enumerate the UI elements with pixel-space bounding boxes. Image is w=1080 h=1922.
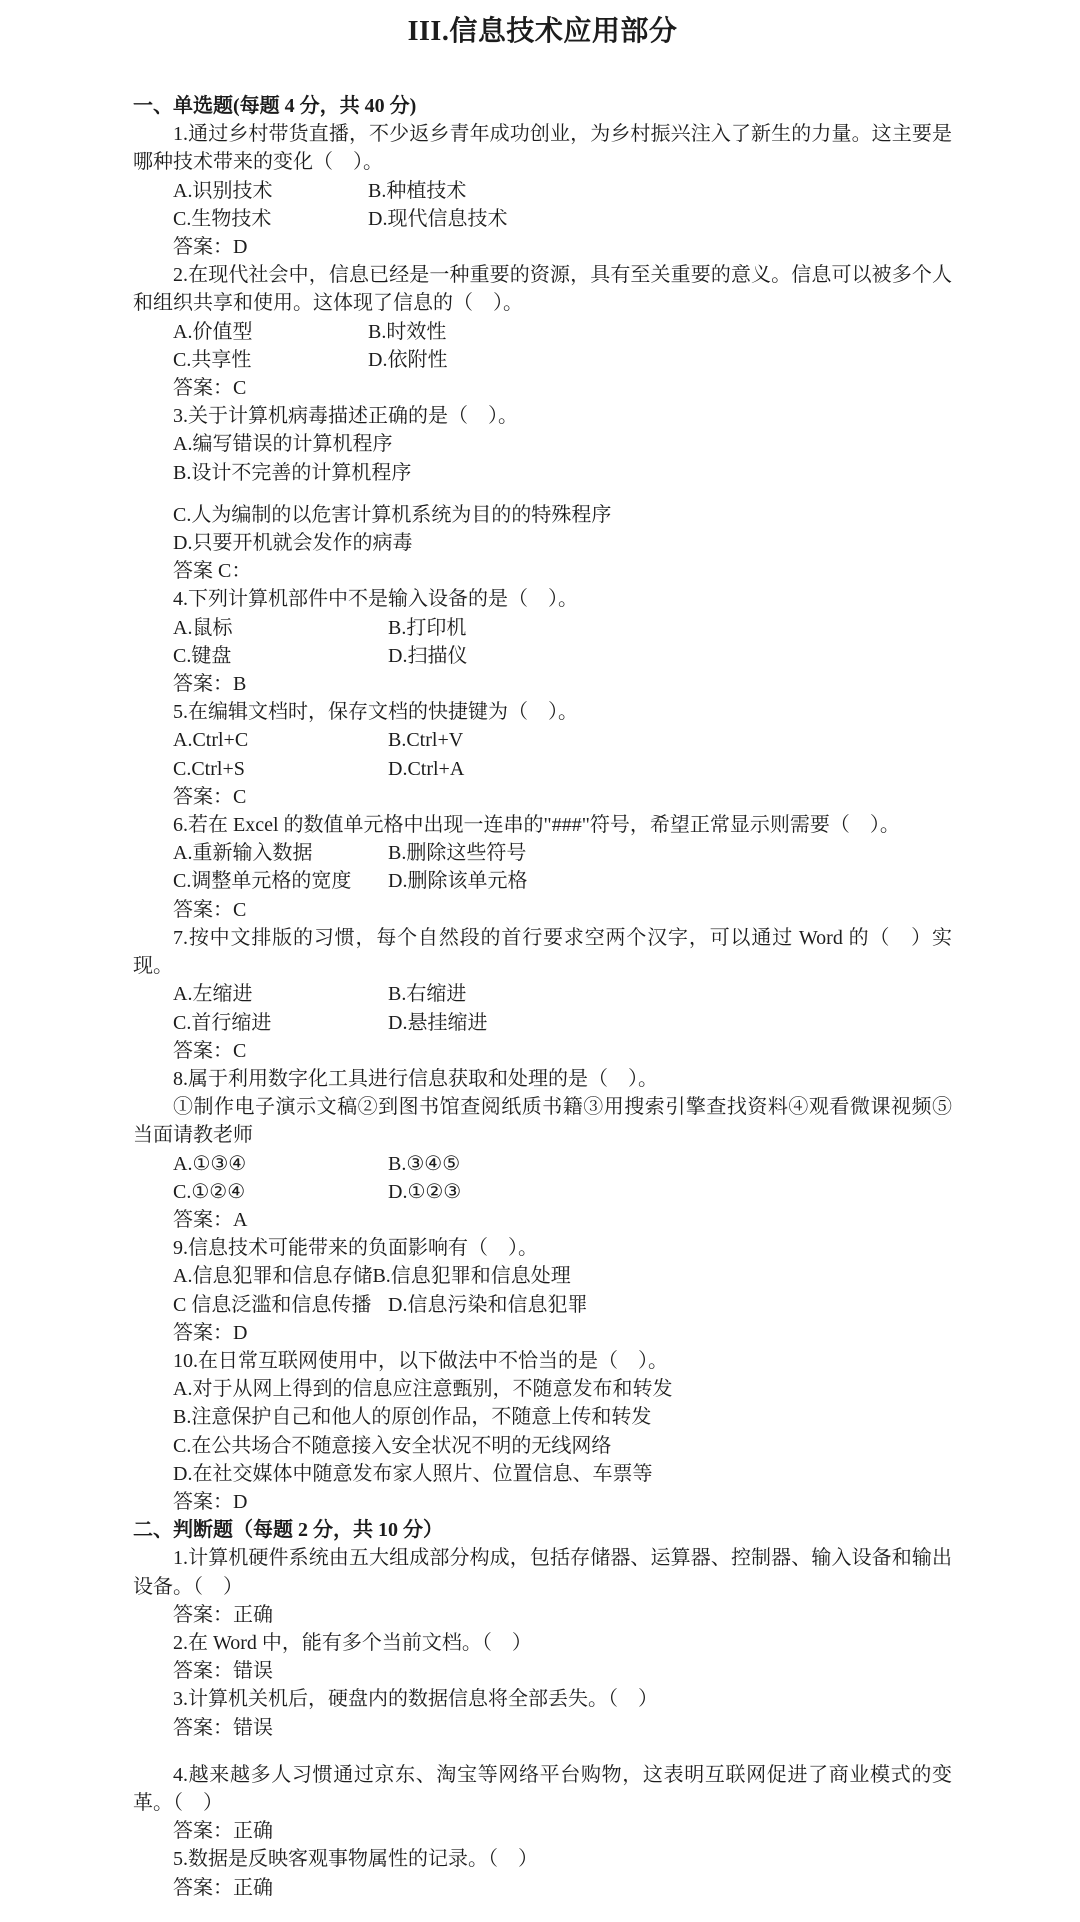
option-row: C.首行缩进D.悬挂缩进 bbox=[133, 1009, 952, 1037]
option-cell: A.信息犯罪和信息存储 bbox=[173, 1262, 372, 1290]
blank-line bbox=[133, 1742, 952, 1761]
question-stem: 4.越来越多人习惯通过京东、淘宝等网络平台购物，这表明互联网促进了商业模式的变革… bbox=[133, 1761, 952, 1817]
question-stem: 9.信息技术可能带来的负面影响有（ ）。 bbox=[133, 1234, 952, 1262]
option-cell: D.悬挂缩进 bbox=[388, 1009, 487, 1037]
option-cell: C 信息泛滥和信息传播 bbox=[173, 1291, 388, 1319]
option-cell: D.扫描仪 bbox=[388, 642, 467, 670]
option-row: C.Ctrl+SD.Ctrl+A bbox=[133, 755, 952, 783]
option-row: A.鼠标B.打印机 bbox=[133, 614, 952, 642]
option-cell: A.鼠标 bbox=[173, 614, 388, 642]
option-cell: D.①②③ bbox=[388, 1178, 461, 1206]
option-row: A.左缩进B.右缩进 bbox=[133, 980, 952, 1008]
section-heading: 一、单选题(每题 4 分，共 40 分) bbox=[133, 92, 952, 120]
option-cell: C.首行缩进 bbox=[173, 1009, 388, 1037]
document-page: III.信息技术应用部分 一、单选题(每题 4 分，共 40 分)1.通过乡村带… bbox=[0, 0, 1080, 1902]
question-section: 二、判断题（每题 2 分，共 10 分）1.计算机硬件系统由五大组成部分构成，包… bbox=[133, 1516, 952, 1902]
answer-line: 答案：正确 bbox=[133, 1874, 952, 1902]
option-cell: D.依附性 bbox=[368, 346, 447, 374]
answer-line: 答案：C bbox=[133, 896, 952, 924]
question-note: ①制作电子演示文稿②到图书馆查阅纸质书籍③用搜索引擎查找资料④观看微课视频⑤当面… bbox=[133, 1093, 952, 1149]
answer-line: 答案：正确 bbox=[133, 1601, 952, 1629]
question-stem: 1.计算机硬件系统由五大组成部分构成，包括存储器、运算器、控制器、输入设备和输出… bbox=[133, 1544, 952, 1600]
answer-line: 答案：B bbox=[133, 670, 952, 698]
option-cell: A.价值型 bbox=[173, 318, 368, 346]
option-cell: A.重新输入数据 bbox=[173, 839, 388, 867]
question-stem: 2.在 Word 中，能有多个当前文档。（ ） bbox=[133, 1629, 952, 1657]
option-row: D.在社交媒体中随意发布家人照片、位置信息、车票等 bbox=[133, 1460, 952, 1488]
option-cell: A.对于从网上得到的信息应注意甄别，不随意发布和转发 bbox=[173, 1375, 672, 1403]
option-cell: A.编写错误的计算机程序 bbox=[173, 430, 392, 458]
section-heading: 二、判断题（每题 2 分，共 10 分） bbox=[133, 1516, 952, 1544]
option-cell: B.时效性 bbox=[368, 318, 446, 346]
question-stem: 10.在日常互联网使用中，以下做法中不恰当的是（ ）。 bbox=[133, 1347, 952, 1375]
option-row: C 信息泛滥和信息传播D.信息污染和信息犯罪 bbox=[133, 1291, 952, 1319]
question-stem: 6.若在 Excel 的数值单元格中出现一连串的"###"符号，希望正常显示则需… bbox=[133, 811, 952, 839]
option-row: C.在公共场合不随意接入安全状况不明的无线网络 bbox=[133, 1432, 952, 1460]
option-cell: B.③④⑤ bbox=[388, 1150, 460, 1178]
option-row: B.设计不完善的计算机程序 bbox=[133, 459, 952, 487]
question-stem: 8.属于利用数字化工具进行信息获取和处理的是（ ）。 bbox=[133, 1065, 952, 1093]
option-cell: B.种植技术 bbox=[368, 177, 466, 205]
answer-line: 答案：A bbox=[133, 1206, 952, 1234]
blank-line bbox=[133, 487, 952, 501]
question-stem: 7.按中文排版的习惯，每个自然段的首行要求空两个汉字，可以通过 Word 的（ … bbox=[133, 924, 952, 980]
answer-line: 答案：D bbox=[133, 1488, 952, 1516]
question-stem: 5.在编辑文档时，保存文档的快捷键为（ ）。 bbox=[133, 698, 952, 726]
option-row: C.人为编制的以危害计算机系统为目的的特殊程序 bbox=[133, 501, 952, 529]
question-stem: 4.下列计算机部件中不是输入设备的是（ ）。 bbox=[133, 585, 952, 613]
option-cell: C.Ctrl+S bbox=[173, 755, 388, 783]
question-stem: 3.计算机关机后，硬盘内的数据信息将全部丢失。（ ） bbox=[133, 1685, 952, 1713]
question-stem: 3.关于计算机病毒描述正确的是（ ）。 bbox=[133, 402, 952, 430]
option-cell: C.①②④ bbox=[173, 1178, 388, 1206]
option-cell: D.删除该单元格 bbox=[388, 867, 527, 895]
option-row: A.价值型B.时效性 bbox=[133, 318, 952, 346]
option-row: A.识别技术B.种植技术 bbox=[133, 177, 952, 205]
document-body: 一、单选题(每题 4 分，共 40 分)1.通过乡村带货直播，不少返乡青年成功创… bbox=[133, 92, 952, 1902]
option-row: C.键盘D.扫描仪 bbox=[133, 642, 952, 670]
option-cell: C.共享性 bbox=[173, 346, 368, 374]
option-cell: D.在社交媒体中随意发布家人照片、位置信息、车票等 bbox=[173, 1460, 652, 1488]
answer-line: 答案：D bbox=[133, 1319, 952, 1347]
question-stem: 2.在现代社会中，信息已经是一种重要的资源，具有至关重要的意义。信息可以被多个人… bbox=[133, 261, 952, 317]
answer-line: 答案：D bbox=[133, 233, 952, 261]
option-cell: A.Ctrl+C bbox=[173, 726, 388, 754]
option-cell: B.右缩进 bbox=[388, 980, 466, 1008]
question-stem: 5.数据是反映客观事物属性的记录。（ ） bbox=[133, 1845, 952, 1873]
document-title: III.信息技术应用部分 bbox=[133, 14, 952, 50]
option-cell: D.Ctrl+A bbox=[388, 755, 464, 783]
option-row: A.信息犯罪和信息存储B.信息犯罪和信息处理 bbox=[133, 1262, 952, 1290]
option-cell: C.生物技术 bbox=[173, 205, 368, 233]
option-row: C.共享性D.依附性 bbox=[133, 346, 952, 374]
option-row: D.只要开机就会发作的病毒 bbox=[133, 529, 952, 557]
option-row: A.①③④B.③④⑤ bbox=[133, 1150, 952, 1178]
option-row: C.①②④D.①②③ bbox=[133, 1178, 952, 1206]
answer-line: 答案 C： bbox=[133, 557, 952, 585]
option-cell: B.设计不完善的计算机程序 bbox=[173, 459, 411, 487]
option-cell: A.①③④ bbox=[173, 1150, 388, 1178]
option-cell: C.人为编制的以危害计算机系统为目的的特殊程序 bbox=[173, 501, 611, 529]
option-cell: A.左缩进 bbox=[173, 980, 388, 1008]
option-row: C.调整单元格的宽度D.删除该单元格 bbox=[133, 867, 952, 895]
option-row: A.对于从网上得到的信息应注意甄别，不随意发布和转发 bbox=[133, 1375, 952, 1403]
option-cell: C.调整单元格的宽度 bbox=[173, 867, 388, 895]
option-cell: D.现代信息技术 bbox=[368, 205, 507, 233]
answer-line: 答案：错误 bbox=[133, 1657, 952, 1685]
option-cell: B.删除这些符号 bbox=[388, 839, 526, 867]
option-row: B.注意保护自己和他人的原创作品，不随意上传和转发 bbox=[133, 1403, 952, 1431]
option-cell: B.Ctrl+V bbox=[388, 726, 463, 754]
option-cell: B.信息犯罪和信息处理 bbox=[372, 1262, 570, 1290]
question-section: 一、单选题(每题 4 分，共 40 分)1.通过乡村带货直播，不少返乡青年成功创… bbox=[133, 92, 952, 1516]
answer-line: 答案：C bbox=[133, 1037, 952, 1065]
option-cell: C.键盘 bbox=[173, 642, 388, 670]
option-cell: A.识别技术 bbox=[173, 177, 368, 205]
option-row: C.生物技术D.现代信息技术 bbox=[133, 205, 952, 233]
option-cell: D.信息污染和信息犯罪 bbox=[388, 1291, 587, 1319]
option-row: A.编写错误的计算机程序 bbox=[133, 430, 952, 458]
question-stem: 1.通过乡村带货直播，不少返乡青年成功创业，为乡村振兴注入了新生的力量。这主要是… bbox=[133, 120, 952, 176]
option-row: A.重新输入数据B.删除这些符号 bbox=[133, 839, 952, 867]
option-row: A.Ctrl+CB.Ctrl+V bbox=[133, 726, 952, 754]
option-cell: B.注意保护自己和他人的原创作品，不随意上传和转发 bbox=[173, 1403, 651, 1431]
option-cell: D.只要开机就会发作的病毒 bbox=[173, 529, 412, 557]
option-cell: C.在公共场合不随意接入安全状况不明的无线网络 bbox=[173, 1432, 611, 1460]
answer-line: 答案：正确 bbox=[133, 1817, 952, 1845]
option-cell: B.打印机 bbox=[388, 614, 466, 642]
answer-line: 答案：错误 bbox=[133, 1714, 952, 1742]
answer-line: 答案：C bbox=[133, 374, 952, 402]
answer-line: 答案：C bbox=[133, 783, 952, 811]
